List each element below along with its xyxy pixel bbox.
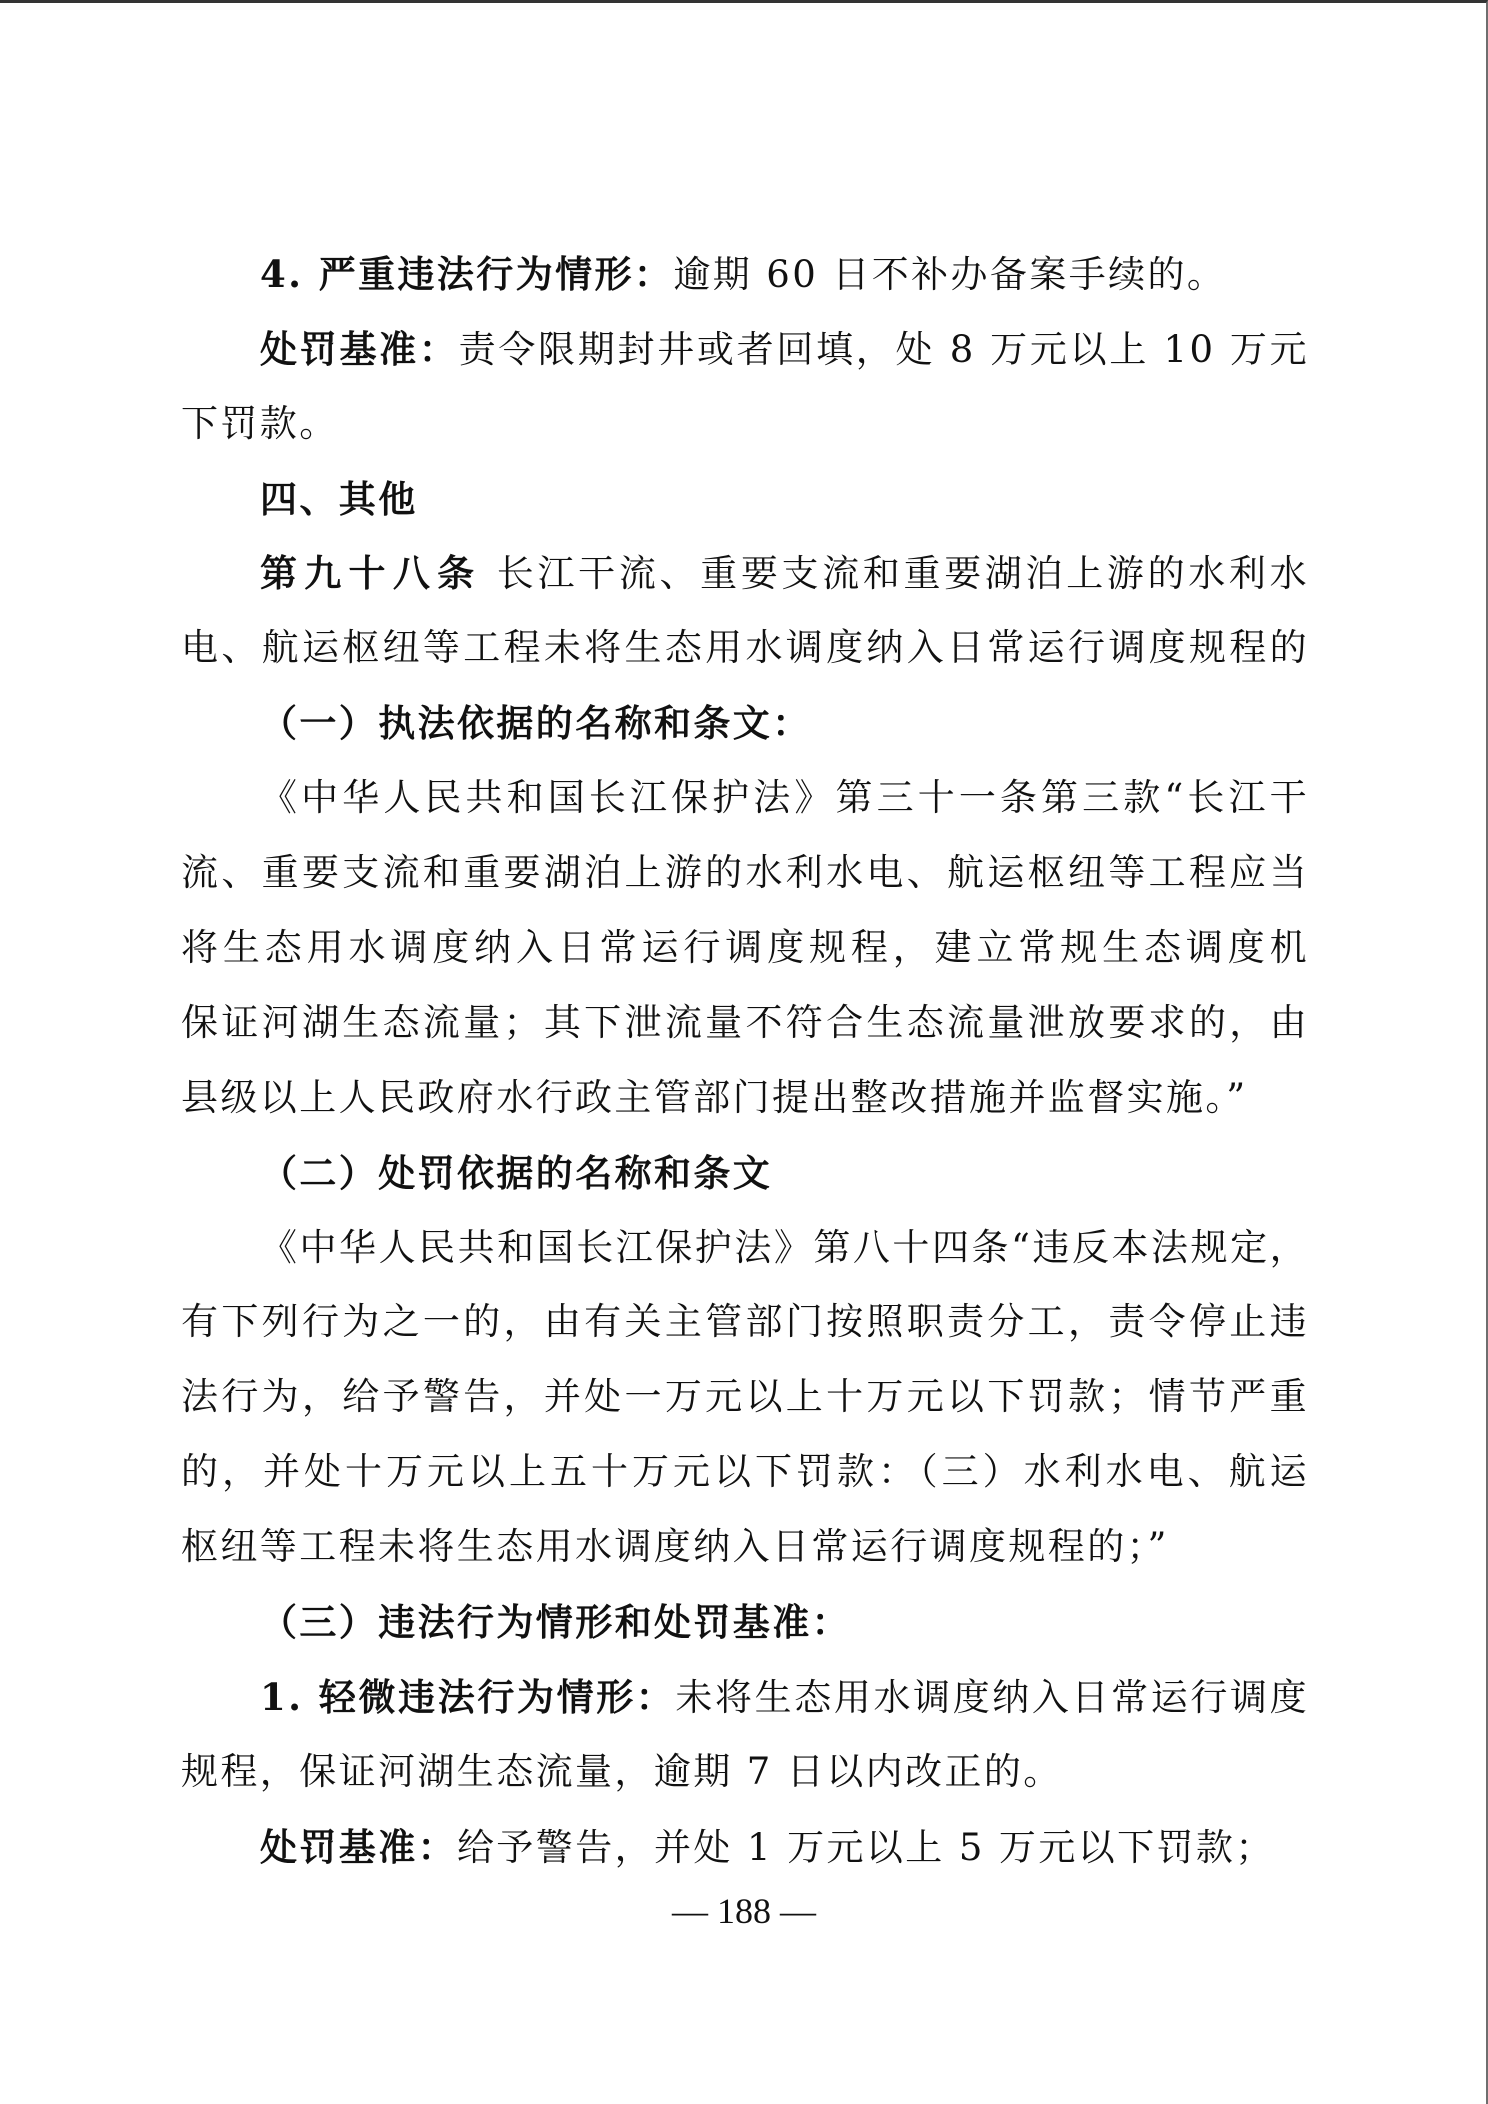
paragraph-line: 枢纽等工程未将生态用水调度纳入日常运行调度规程的；” [181, 1510, 1309, 1585]
penalty-label: 处罚基准： [260, 327, 459, 371]
line-text: 规程，保证河湖生态流量，逾期 7 日以内改正的。 [181, 1750, 1063, 1793]
penalty-label: 处罚基准： [260, 1825, 457, 1869]
penalty-standard: 处罚基准：给予警告，并处 1 万元以上 5 万元以下罚款； [181, 1810, 1309, 1885]
paragraph-line: 将生态用水调度纳入日常运行调度规程，建立常规生态调度机制， [181, 911, 1309, 986]
line-text: 的，并处十万元以上五十万元以下罚款：（三）水利水电、航运 [181, 1450, 1309, 1493]
document-page: 4. 严重违法行为情形：逾期 60 日不补办备案手续的。 处罚基准：责令限期封井… [0, 0, 1488, 2104]
paragraph-line: 电、航运枢纽等工程未将生态用水调度纳入日常运行调度规程的 [181, 611, 1309, 686]
article-98-heading: 第九十八条 长江干流、重要支流和重要湖泊上游的水利水 [181, 537, 1309, 612]
minor-violation-item: 1. 轻微违法行为情形：未将生态用水调度纳入日常运行调度 [181, 1660, 1309, 1735]
article-text: 长江干流、重要支流和重要湖泊上游的水利水 [481, 552, 1309, 595]
item-lead: 1. 轻微违法行为情形： [260, 1675, 675, 1719]
subsection-heading-penalty-basis: （二）处罚依据的名称和条文 [181, 1136, 1309, 1211]
subsection-title: （一）执法依据的名称和条文： [260, 701, 812, 745]
page-number: — 188 — [0, 1887, 1488, 1935]
line-text: 《中华人民共和国长江保护法》第三十一条第三款“长江干 [260, 776, 1309, 819]
penalty-standard: 处罚基准：责令限期封井或者回填，处 8 万元以上 10 万元以 [181, 312, 1309, 387]
paragraph-line: 下罚款。 [181, 387, 1309, 462]
line-text: 县级以上人民政府水行政主管部门提出整改措施并监督实施。” [181, 1076, 1248, 1119]
subsection-title: （二）处罚依据的名称和条文 [260, 1151, 772, 1195]
paragraph-line: 的，并处十万元以上五十万元以下罚款：（三）水利水电、航运 [181, 1435, 1309, 1510]
paragraph-line: 保证河湖生态流量；其下泄流量不符合生态流量泄放要求的，由 [181, 986, 1309, 1061]
paragraph-line: 县级以上人民政府水行政主管部门提出整改措施并监督实施。” [181, 1061, 1309, 1136]
paragraph-line: 《中华人民共和国长江保护法》第三十一条第三款“长江干 [181, 761, 1309, 836]
line-text: 将生态用水调度纳入日常运行调度规程，建立常规生态调度机制， [181, 926, 1309, 986]
section-heading-other: 四、其他 [181, 462, 1309, 537]
document-body: 4. 严重违法行为情形：逾期 60 日不补办备案手续的。 处罚基准：责令限期封井… [181, 237, 1309, 1885]
subsection-heading-violation-circumstances: （三）违法行为情形和处罚基准： [181, 1585, 1309, 1660]
line-text: 有下列行为之一的，由有关主管部门按照职责分工，责令停止违 [181, 1300, 1309, 1343]
paragraph-line: 法行为，给予警告，并处一万元以上十万元以下罚款；情节严重 [181, 1360, 1309, 1435]
line-text: 法行为，给予警告，并处一万元以上十万元以下罚款；情节严重 [181, 1375, 1309, 1418]
subsection-title: （三）违法行为情形和处罚基准： [260, 1600, 851, 1644]
line-text: 电、航运枢纽等工程未将生态用水调度纳入日常运行调度规程的 [181, 626, 1309, 669]
line-text: 下罚款。 [181, 402, 339, 445]
paragraph-line: 流、重要支流和重要湖泊上游的水利水电、航运枢纽等工程应当 [181, 836, 1309, 911]
paragraph-line: 有下列行为之一的，由有关主管部门按照职责分工，责令停止违 [181, 1285, 1309, 1360]
item-text: 逾期 60 日不补办备案手续的。 [673, 253, 1226, 296]
line-text: 枢纽等工程未将生态用水调度纳入日常运行调度规程的；” [181, 1525, 1169, 1568]
item-text: 未将生态用水调度纳入日常运行调度 [675, 1676, 1309, 1719]
section-title: 四、其他 [260, 477, 418, 521]
paragraph-line: 《中华人民共和国长江保护法》第八十四条“违反本法规定， [181, 1211, 1309, 1286]
item-lead: 4. 严重违法行为情形： [260, 252, 673, 296]
penalty-text: 给予警告，并处 1 万元以上 5 万元以下罚款； [457, 1826, 1275, 1869]
article-number: 第九十八条 [260, 552, 481, 595]
paragraph-line: 规程，保证河湖生态流量，逾期 7 日以内改正的。 [181, 1735, 1309, 1810]
severe-violation-item: 4. 严重违法行为情形：逾期 60 日不补办备案手续的。 [181, 237, 1309, 312]
line-text: 保证河湖生态流量；其下泄流量不符合生态流量泄放要求的，由 [181, 1001, 1309, 1044]
line-text: 《中华人民共和国长江保护法》第八十四条“违反本法规定， [260, 1226, 1309, 1269]
subsection-heading-enforcement-basis: （一）执法依据的名称和条文： [181, 686, 1309, 761]
line-text: 流、重要支流和重要湖泊上游的水利水电、航运枢纽等工程应当 [181, 851, 1309, 894]
